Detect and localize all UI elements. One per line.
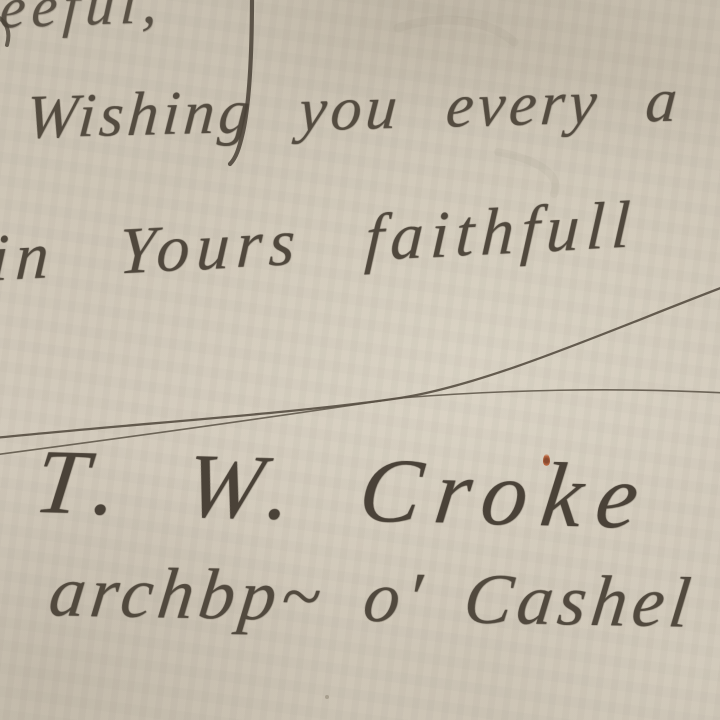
letter-line-1-fragment: eeful, [0,0,165,42]
small-ink-dot [325,695,329,699]
ink-showthrough-mark [398,20,514,42]
signature-croke: T. W. Croke [29,428,659,550]
signatory-title: archbp~ o' Cashel [45,550,700,644]
flourish-upper-stroke [0,286,720,438]
letter-photograph: eeful, Wishing you every a in Yours fait… [0,0,720,720]
ink-showthrough-mark [498,152,556,194]
red-ink-fleck [543,454,550,466]
